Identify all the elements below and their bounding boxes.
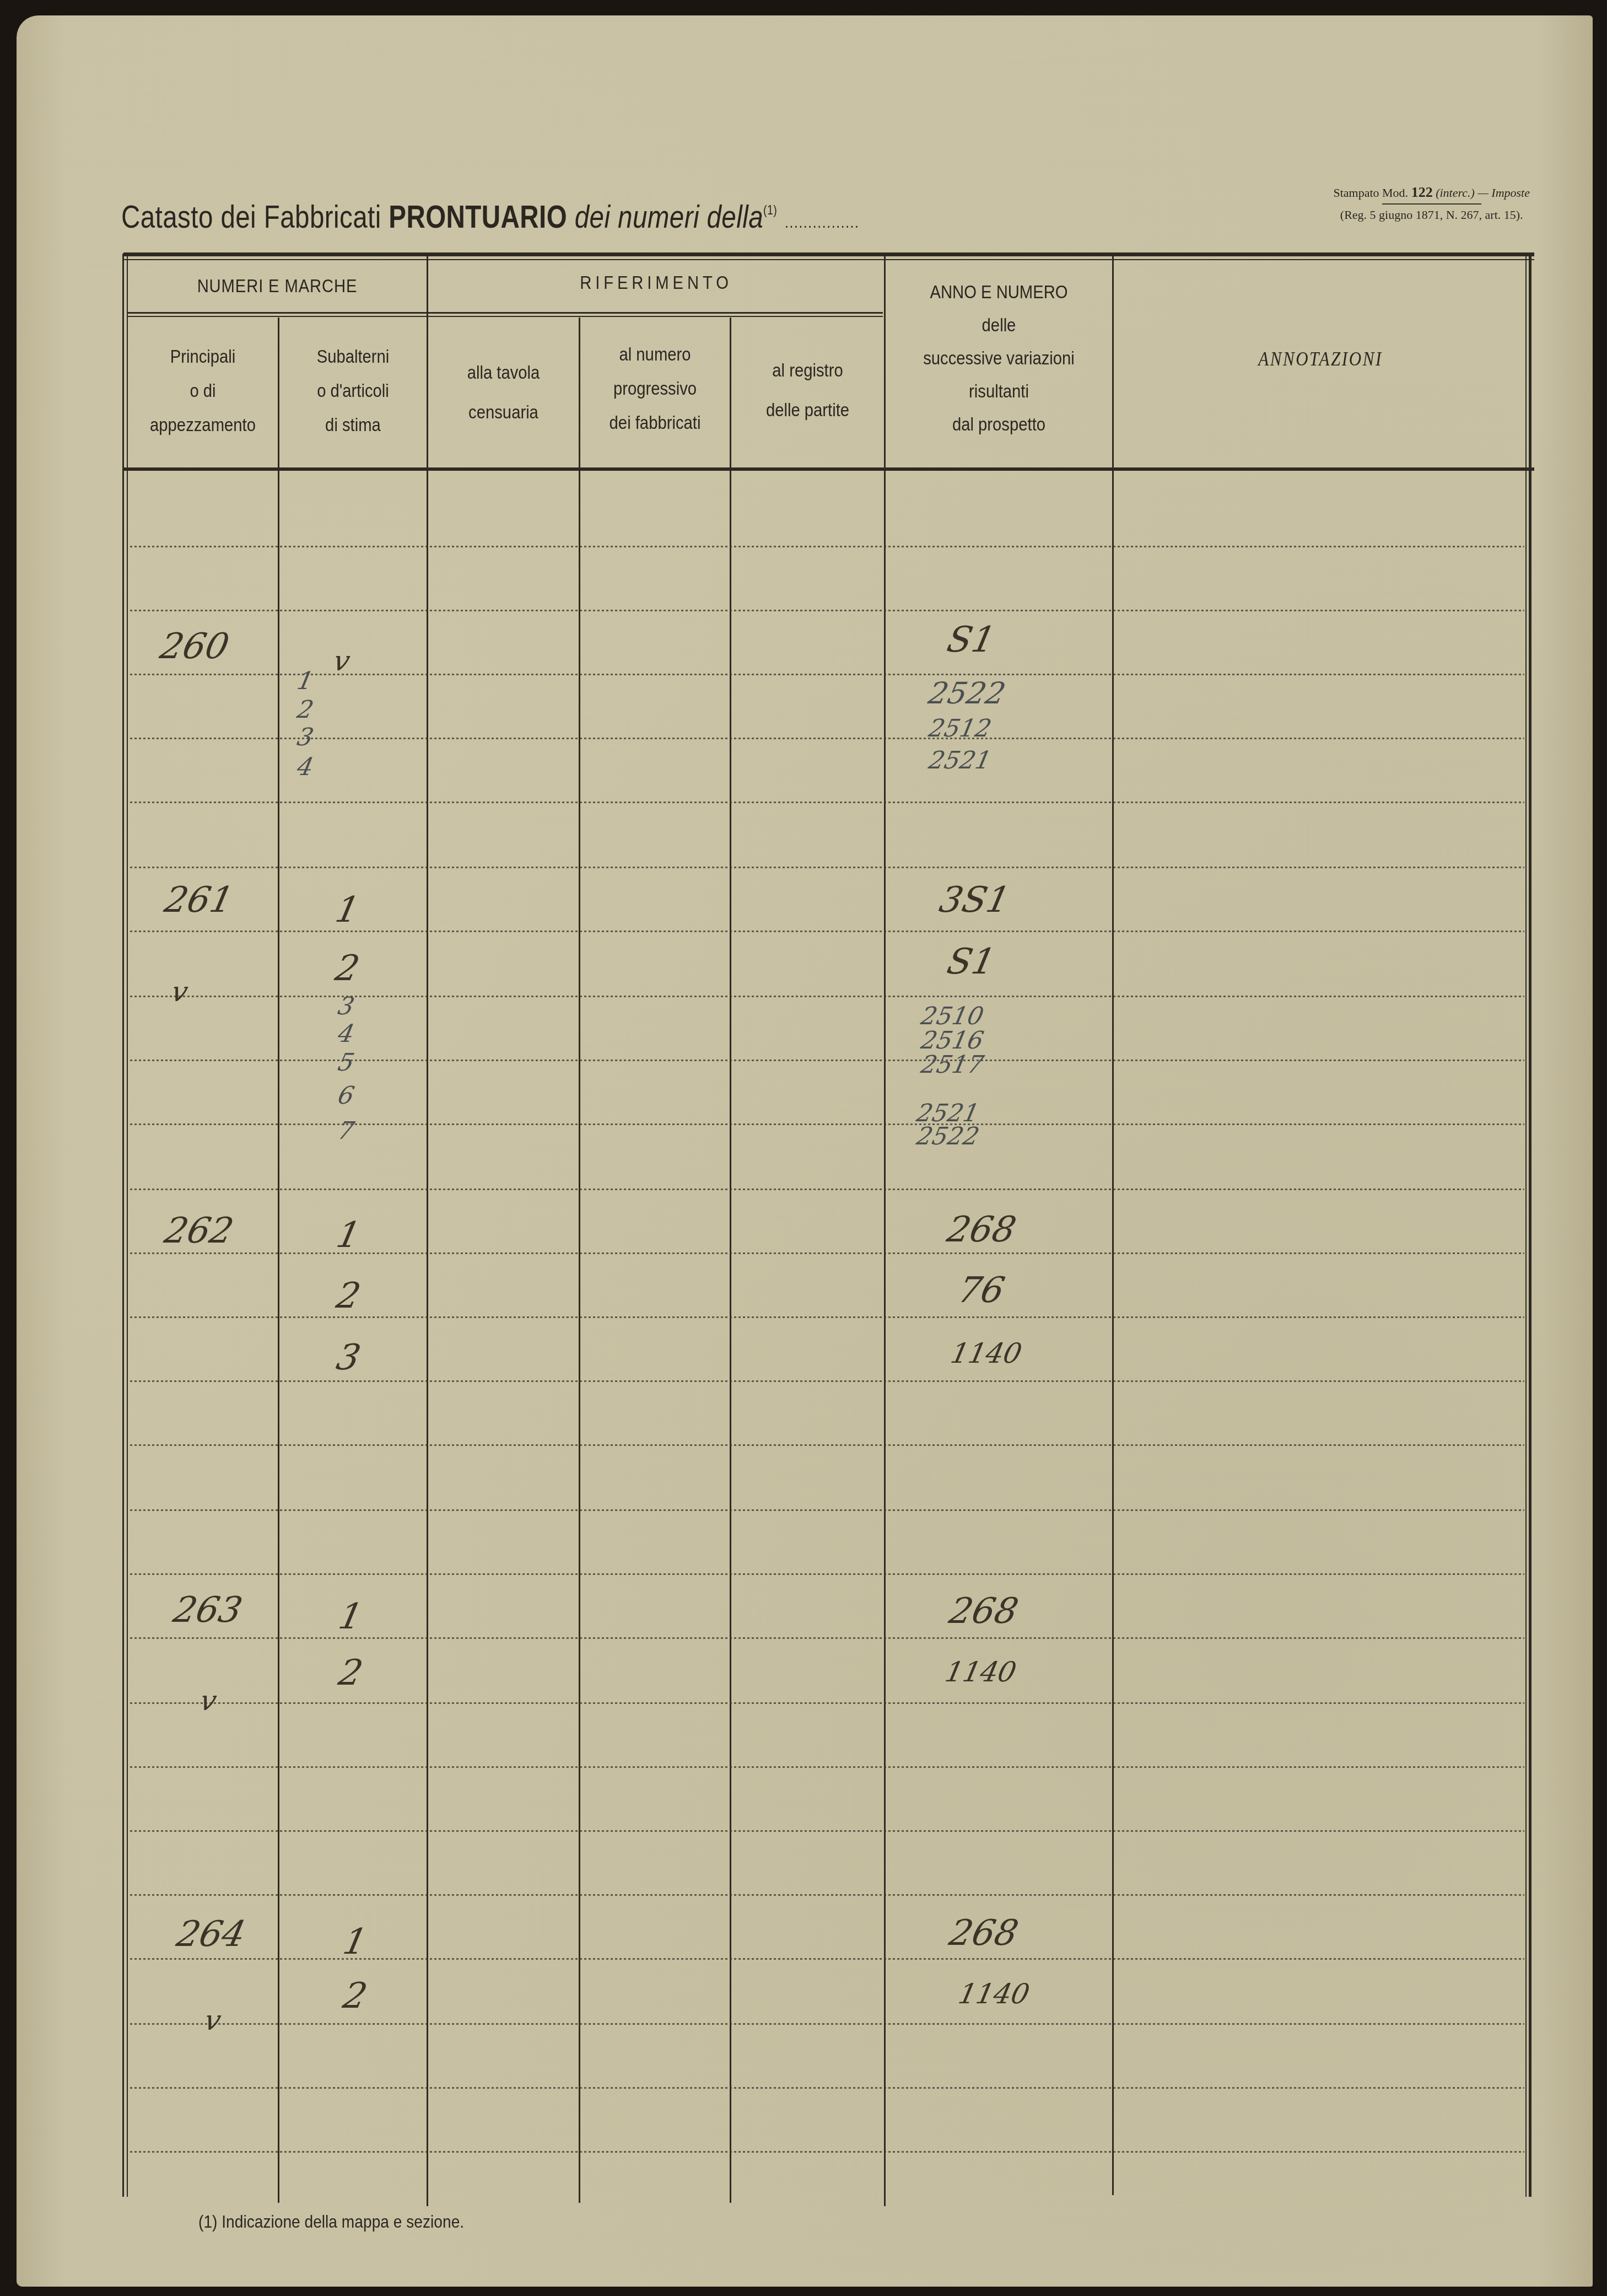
header-principali-l3: appezzamento — [138, 408, 267, 442]
col-divider-5 — [884, 255, 886, 2206]
row-ruling — [130, 1573, 1524, 1575]
stamp-model-number: 122 — [1411, 184, 1433, 200]
entry-260-principale: 260 — [157, 626, 233, 667]
row-ruling — [130, 1766, 1524, 1768]
header-tavola-l1: alla tavola — [439, 353, 568, 392]
entry-262-var-1: 268 — [943, 1209, 1020, 1250]
page-title: Catasto dei Fabbricati PRONTUARIO dei nu… — [121, 198, 860, 235]
entry-264-var-2: 1140 — [956, 1978, 1033, 2010]
entry-262-var-2: 76 — [955, 1270, 1008, 1311]
table-left-border — [122, 254, 124, 2197]
row-ruling — [130, 802, 1524, 803]
col-divider-3 — [579, 318, 580, 2203]
col-divider-4 — [730, 318, 731, 2203]
entry-264-var-1: 268 — [946, 1913, 1022, 1954]
row-ruling — [130, 996, 1524, 997]
header-numero-l3: dei fabbricati — [591, 406, 719, 440]
table-left-border-inner — [127, 254, 128, 2197]
row-ruling — [130, 867, 1524, 868]
header-riferimento: RIFERIMENTO — [460, 266, 852, 300]
entry-260-var-4: 2521 — [926, 746, 994, 775]
header-bottom-rule — [123, 467, 1534, 471]
row-ruling — [130, 1702, 1524, 1704]
table-top-rule-thin — [123, 259, 1534, 260]
table-top-rule — [123, 252, 1534, 256]
header-anno-l3: successive variazioni — [902, 342, 1096, 375]
entry-262-var-3: 1140 — [948, 1337, 1025, 1369]
entry-261-var-7: 2522 — [914, 1122, 982, 1150]
title-blank-field: ................ — [785, 213, 860, 232]
row-ruling — [130, 1380, 1524, 1382]
title-numeri: dei numeri della — [575, 199, 763, 235]
row-ruling — [130, 1316, 1524, 1318]
entry-261-var-2: S1 — [943, 942, 999, 982]
footnote: (1) Indicazione della mappa e sezione. — [198, 2212, 464, 2232]
entry-264-principale: 264 — [173, 1914, 249, 1955]
table-right-border — [1529, 254, 1531, 2197]
col-divider-1 — [278, 318, 279, 2203]
header-annotazioni: ANNOTAZIONI — [1143, 342, 1498, 376]
title-prontuario: PRONTUARIO — [389, 199, 567, 235]
stamp-prefix: Stampato Mod. — [1333, 186, 1408, 200]
header-principali-l1: Principali — [138, 340, 267, 374]
header-subalterni-l3: di stima — [290, 408, 417, 442]
row-ruling — [130, 738, 1524, 739]
entry-260-var-1: S1 — [943, 620, 999, 660]
header-registro: al registro delle partite — [742, 351, 873, 430]
row-ruling — [130, 2023, 1524, 2025]
row-ruling — [130, 931, 1524, 932]
row-ruling — [130, 2087, 1524, 2089]
header-numero-progressivo: al numero progressivo dei fabbricati — [591, 337, 719, 440]
row-ruling — [130, 610, 1524, 611]
entry-260-var-2: 2522 — [925, 676, 1009, 711]
group-header-rule — [128, 312, 883, 314]
header-tavola-l2: censuaria — [439, 392, 568, 432]
header-principali: Principali o di appezzamento — [138, 340, 267, 442]
header-registro-l1: al registro — [742, 351, 873, 390]
row-ruling — [130, 1958, 1524, 1960]
header-anno-l5: dal prospetto — [902, 408, 1096, 441]
row-ruling — [130, 1830, 1524, 1832]
header-numero-l1: al numero — [591, 337, 719, 372]
row-ruling — [130, 1189, 1524, 1190]
entry-261-var-1: 3S1 — [936, 880, 1013, 921]
group-header-rule-thin — [128, 316, 883, 317]
header-numeri-e-marche: NUMERI E MARCHE — [149, 269, 406, 303]
header-subalterni: Subalterni o d'articoli di stima — [290, 340, 417, 442]
header-numero-l2: progressivo — [591, 372, 719, 406]
entry-263-var-1: 268 — [946, 1591, 1022, 1632]
row-ruling — [130, 1509, 1524, 1511]
row-ruling — [130, 1637, 1524, 1639]
header-anno-l2: delle — [902, 309, 1096, 342]
print-stamp: Stampato Mod. 122 (interc.) — Imposte (R… — [1333, 182, 1530, 225]
col-divider-2 — [427, 255, 428, 2206]
header-anno-l1: ANNO E NUMERO — [902, 276, 1096, 309]
header-anno-numero: ANNO E NUMERO delle successive variazion… — [902, 276, 1096, 441]
header-subalterni-l1: Subalterni — [290, 340, 417, 374]
stamp-regulation: (Reg. 5 giugno 1871, N. 267, art. 15). — [1333, 205, 1530, 225]
row-ruling — [130, 546, 1524, 547]
entry-262-principale: 262 — [161, 1211, 237, 1251]
header-tavola: alla tavola censuaria — [439, 353, 568, 432]
entry-260-var-3: 2512 — [926, 714, 994, 743]
entry-263-var-2: 1140 — [942, 1656, 1020, 1688]
entry-263-principale: 263 — [170, 1590, 246, 1631]
entry-261-principale: 261 — [161, 880, 237, 921]
row-ruling — [130, 1894, 1524, 1896]
title-catasto: Catasto dei Fabbricati — [121, 199, 381, 235]
entry-261-var-5: 2517 — [919, 1051, 986, 1079]
table-right-border-inner — [1525, 254, 1527, 2197]
stamp-suffix: (interc.) — Imposte — [1436, 186, 1530, 200]
row-ruling — [130, 1444, 1524, 1446]
header-subalterni-l2: o d'articoli — [290, 374, 417, 408]
row-ruling — [130, 2151, 1524, 2153]
header-principali-l2: o di — [138, 374, 267, 408]
footnote-ref: (1) — [763, 203, 777, 218]
header-anno-l4: risultanti — [902, 375, 1096, 408]
header-registro-l2: delle partite — [742, 390, 873, 430]
